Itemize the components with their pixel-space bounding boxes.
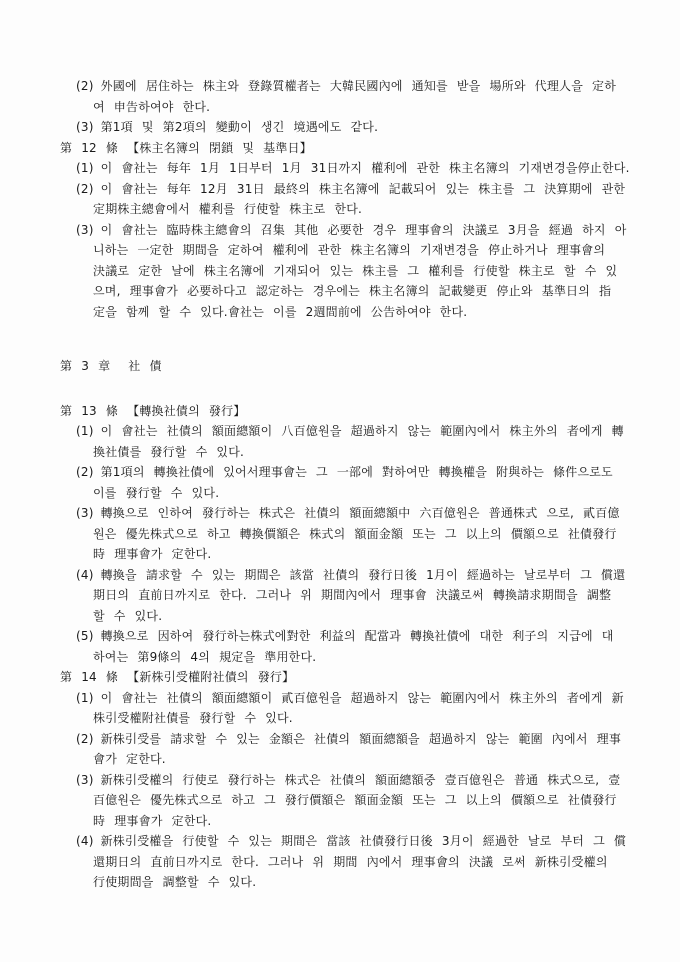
clause-line: (3)新株引受權의 行使로 發行하는 株式은 社債의 額面總額중 壹百億원은 普… — [60, 770, 644, 791]
clause-text: 轉換으로 因하여 發行하는株式에對한 利益의 配當과 轉換社債에 대한 利子의 … — [101, 629, 614, 643]
clause-item: (2)新株引受를 請求할 수 있는 金額은 社債의 額面總額을 超過하지 않는 … — [60, 729, 644, 770]
clause-item: (5)轉換으로 因하여 發行하는株式에對한 利益의 配當과 轉換社債에 대한 利… — [60, 626, 644, 667]
clause-item: (2)第1項의 轉換社債에 있어서理事會는 그 一部에 對하여만 轉換權을 附與… — [60, 462, 644, 503]
clause-marker: (5) — [76, 629, 94, 643]
clause-marker: (3) — [76, 773, 94, 787]
clause-item: (4)轉換을 請求할 수 있는 期間은 該當 社債의 發行日後 1月이 經過하는… — [60, 565, 644, 627]
clause-line: 定期株主總會에서 權利를 行使할 株主로 한다. — [60, 199, 644, 220]
clause-line: (4)新株引受權을 行使할 수 있는 期間은 當該 社債發行日後 3月이 經過한… — [60, 831, 644, 852]
clause-line: 行使期間을 調整할 수 있다. — [60, 872, 644, 893]
clause-line: 이를 發行할 수 있다. — [60, 483, 644, 504]
clause-text: 轉換으로 인하여 發行하는 株式은 社債의 額面總額中 六百億원은 普通株式 으… — [101, 506, 620, 520]
clause-line: 여 申告하여야 한다. — [60, 97, 644, 118]
clause-marker: (2) — [76, 732, 94, 746]
clause-line: 니하는 一定한 期間을 定하여 權利에 관한 株主名簿의 기재변경을 停止하거나… — [60, 240, 644, 261]
article-heading: 第 12 條 【株主名簿의 閉鎖 및 基準日】 — [60, 138, 644, 159]
clause-text: 轉換을 請求할 수 있는 期間은 該當 社債의 發行日後 1月이 經過하는 날로… — [101, 568, 626, 582]
clause-line: (1)이 會社는 社債의 額面總額이 八百億원을 超過하지 않는 範圍內에서 株… — [60, 421, 644, 442]
section-gap — [60, 322, 644, 356]
clause-marker: (4) — [76, 568, 94, 582]
clause-item: (1)이 會社는 社債의 額面總額이 八百億원을 超過하지 않는 範圍內에서 株… — [60, 421, 644, 462]
clause-text: 이 會社는 每年 1月 1日부터 1月 31日까지 權利에 관한 株主名簿의 기… — [101, 161, 630, 175]
clause-marker: (3) — [76, 223, 94, 237]
clause-line: (5)轉換으로 因하여 發行하는株式에對한 利益의 配當과 轉換社債에 대한 利… — [60, 626, 644, 647]
clause-text: 外國에 居住하는 株主와 登錄質權者는 大韓民國內에 通知를 받을 場所와 代理… — [101, 79, 616, 93]
clause-line: 으며, 理事會가 必要하다고 認定하는 경우에는 株主名簿의 記載變更 停止와 … — [60, 281, 644, 302]
clause-item: (3)第1項 및 第2項의 變動이 생긴 境遇에도 같다. — [60, 117, 644, 138]
clause-text: 이 會社는 臨時株主總會의 召集 其他 必要한 경우 理事會의 決議로 3月을 … — [101, 223, 627, 237]
clause-line: 會가 定한다. — [60, 749, 644, 770]
clause-line: 원은 優先株式으로 하고 轉換價額은 株式의 額面金額 또는 그 以上의 價額으… — [60, 524, 644, 545]
clause-line: 할 수 있다. — [60, 606, 644, 627]
clause-text: 新株引受權의 行使로 發行하는 株式은 社債의 額面總額중 壹百億원은 普通 株… — [101, 773, 621, 787]
clause-line: (4)轉換을 請求할 수 있는 期間은 該當 社債의 發行日後 1月이 經過하는… — [60, 565, 644, 586]
clause-item: (4)新株引受權을 行使할 수 있는 期間은 當該 社債發行日後 3月이 經過한… — [60, 831, 644, 893]
chapter-heading: 第 3 章 社 債 — [60, 356, 644, 377]
clause-line: 하여는 第9條의 4의 規定을 準用한다. — [60, 647, 644, 668]
clause-marker: (1) — [76, 161, 94, 175]
clause-line: 百億원은 優先株式으로 하고 그 發行價額은 額面金額 또는 그 以上의 價額으… — [60, 790, 644, 811]
clause-line: (3)이 會社는 臨時株主總會의 召集 其他 必要한 경우 理事會의 決議로 3… — [60, 220, 644, 241]
clause-text: 이 會社는 每年 12月 31日 最終의 株主名簿에 記載되어 있는 株主를 그… — [101, 182, 626, 196]
section-gap — [60, 377, 644, 401]
clause-line: (2)外國에 居住하는 株主와 登錄質權者는 大韓民國內에 通知를 받을 場所와… — [60, 76, 644, 97]
clause-marker: (2) — [76, 182, 94, 196]
clause-marker: (3) — [76, 120, 94, 134]
clause-marker: (2) — [76, 79, 94, 93]
clause-line: 株引受權附社債를 發行할 수 있다. — [60, 708, 644, 729]
document-page: (2)外國에 居住하는 株主와 登錄質權者는 大韓民國內에 通知를 받을 場所와… — [0, 0, 680, 962]
clause-item: (3)이 會社는 臨時株主總會의 召集 其他 必要한 경우 理事會의 決議로 3… — [60, 220, 644, 323]
clause-text: 新株引受를 請求할 수 있는 金額은 社債의 額面總額을 超過하지 않는 範圍 … — [101, 732, 621, 746]
clause-line: (1)이 會社는 社債의 額面總額이 貳百億원을 超過하지 않는 範圍內에서 株… — [60, 688, 644, 709]
clause-text: 第1項 및 第2項의 變動이 생긴 境遇에도 같다. — [101, 120, 379, 134]
clause-line: 換社債를 發行할 수 있다. — [60, 442, 644, 463]
clause-line: 期日의 直前日까지로 한다. 그러나 위 期間內에서 理事會 決議로써 轉換請求… — [60, 585, 644, 606]
clause-line: (2)이 會社는 每年 12月 31日 最終의 株主名簿에 記載되어 있는 株主… — [60, 179, 644, 200]
clause-text: 이 會社는 社債의 額面總額이 貳百億원을 超過하지 않는 範圍內에서 株主外의… — [101, 691, 624, 705]
article-heading: 第 14 條 【新株引受權附社債의 發行】 — [60, 667, 644, 688]
clause-marker: (3) — [76, 506, 94, 520]
article-heading: 第 13 條 【轉換社債의 發行】 — [60, 401, 644, 422]
clause-line: (3)轉換으로 인하여 發行하는 株式은 社債의 額面總額中 六百億원은 普通株… — [60, 503, 644, 524]
clause-line: 定을 함께 할 수 있다.會社는 이를 2週間前에 公告하여야 한다. — [60, 302, 644, 323]
clause-item: (2)이 會社는 每年 12月 31日 最終의 株主名簿에 記載되어 있는 株主… — [60, 179, 644, 220]
clause-item: (2)外國에 居住하는 株主와 登錄質權者는 大韓民國內에 通知를 받을 場所와… — [60, 76, 644, 117]
clause-marker: (2) — [76, 465, 94, 479]
clause-line: (3)第1項 및 第2項의 變動이 생긴 境遇에도 같다. — [60, 117, 644, 138]
clause-line: (2)第1項의 轉換社債에 있어서理事會는 그 一部에 對하여만 轉換權을 附與… — [60, 462, 644, 483]
clause-line: 時 理事會가 定한다. — [60, 544, 644, 565]
clause-marker: (1) — [76, 691, 94, 705]
clause-item: (1)이 會社는 每年 1月 1日부터 1月 31日까지 權利에 관한 株主名簿… — [60, 158, 644, 179]
clause-item: (1)이 會社는 社債의 額面總額이 貳百億원을 超過하지 않는 範圍內에서 株… — [60, 688, 644, 729]
clause-line: (1)이 會社는 每年 1月 1日부터 1月 31日까지 權利에 관한 株主名簿… — [60, 158, 644, 179]
clause-text: 第1項의 轉換社債에 있어서理事會는 그 一部에 對하여만 轉換權을 附與하는 … — [101, 465, 613, 479]
clause-text: 新株引受權을 行使할 수 있는 期間은 當該 社債發行日後 3月이 經過한 날로… — [101, 834, 627, 848]
clause-item: (3)新株引受權의 行使로 發行하는 株式은 社債의 額面總額중 壹百億원은 普… — [60, 770, 644, 832]
clause-line: 時 理事會가 定한다. — [60, 811, 644, 832]
clause-line: 還期日의 直前日까지로 한다. 그러나 위 期間 內에서 理事會의 決議 로써 … — [60, 852, 644, 873]
clause-line: 決議로 定한 날에 株主名簿에 기재되어 있는 株主를 그 權利를 行使할 株主… — [60, 261, 644, 282]
clause-marker: (1) — [76, 424, 94, 438]
clause-text: 이 會社는 社債의 額面總額이 八百億원을 超過하지 않는 範圍內에서 株主外의… — [101, 424, 624, 438]
clause-line: (2)新株引受를 請求할 수 있는 金額은 社債의 額面總額을 超過하지 않는 … — [60, 729, 644, 750]
clause-item: (3)轉換으로 인하여 發行하는 株式은 社債의 額面總額中 六百億원은 普通株… — [60, 503, 644, 565]
clause-marker: (4) — [76, 834, 94, 848]
